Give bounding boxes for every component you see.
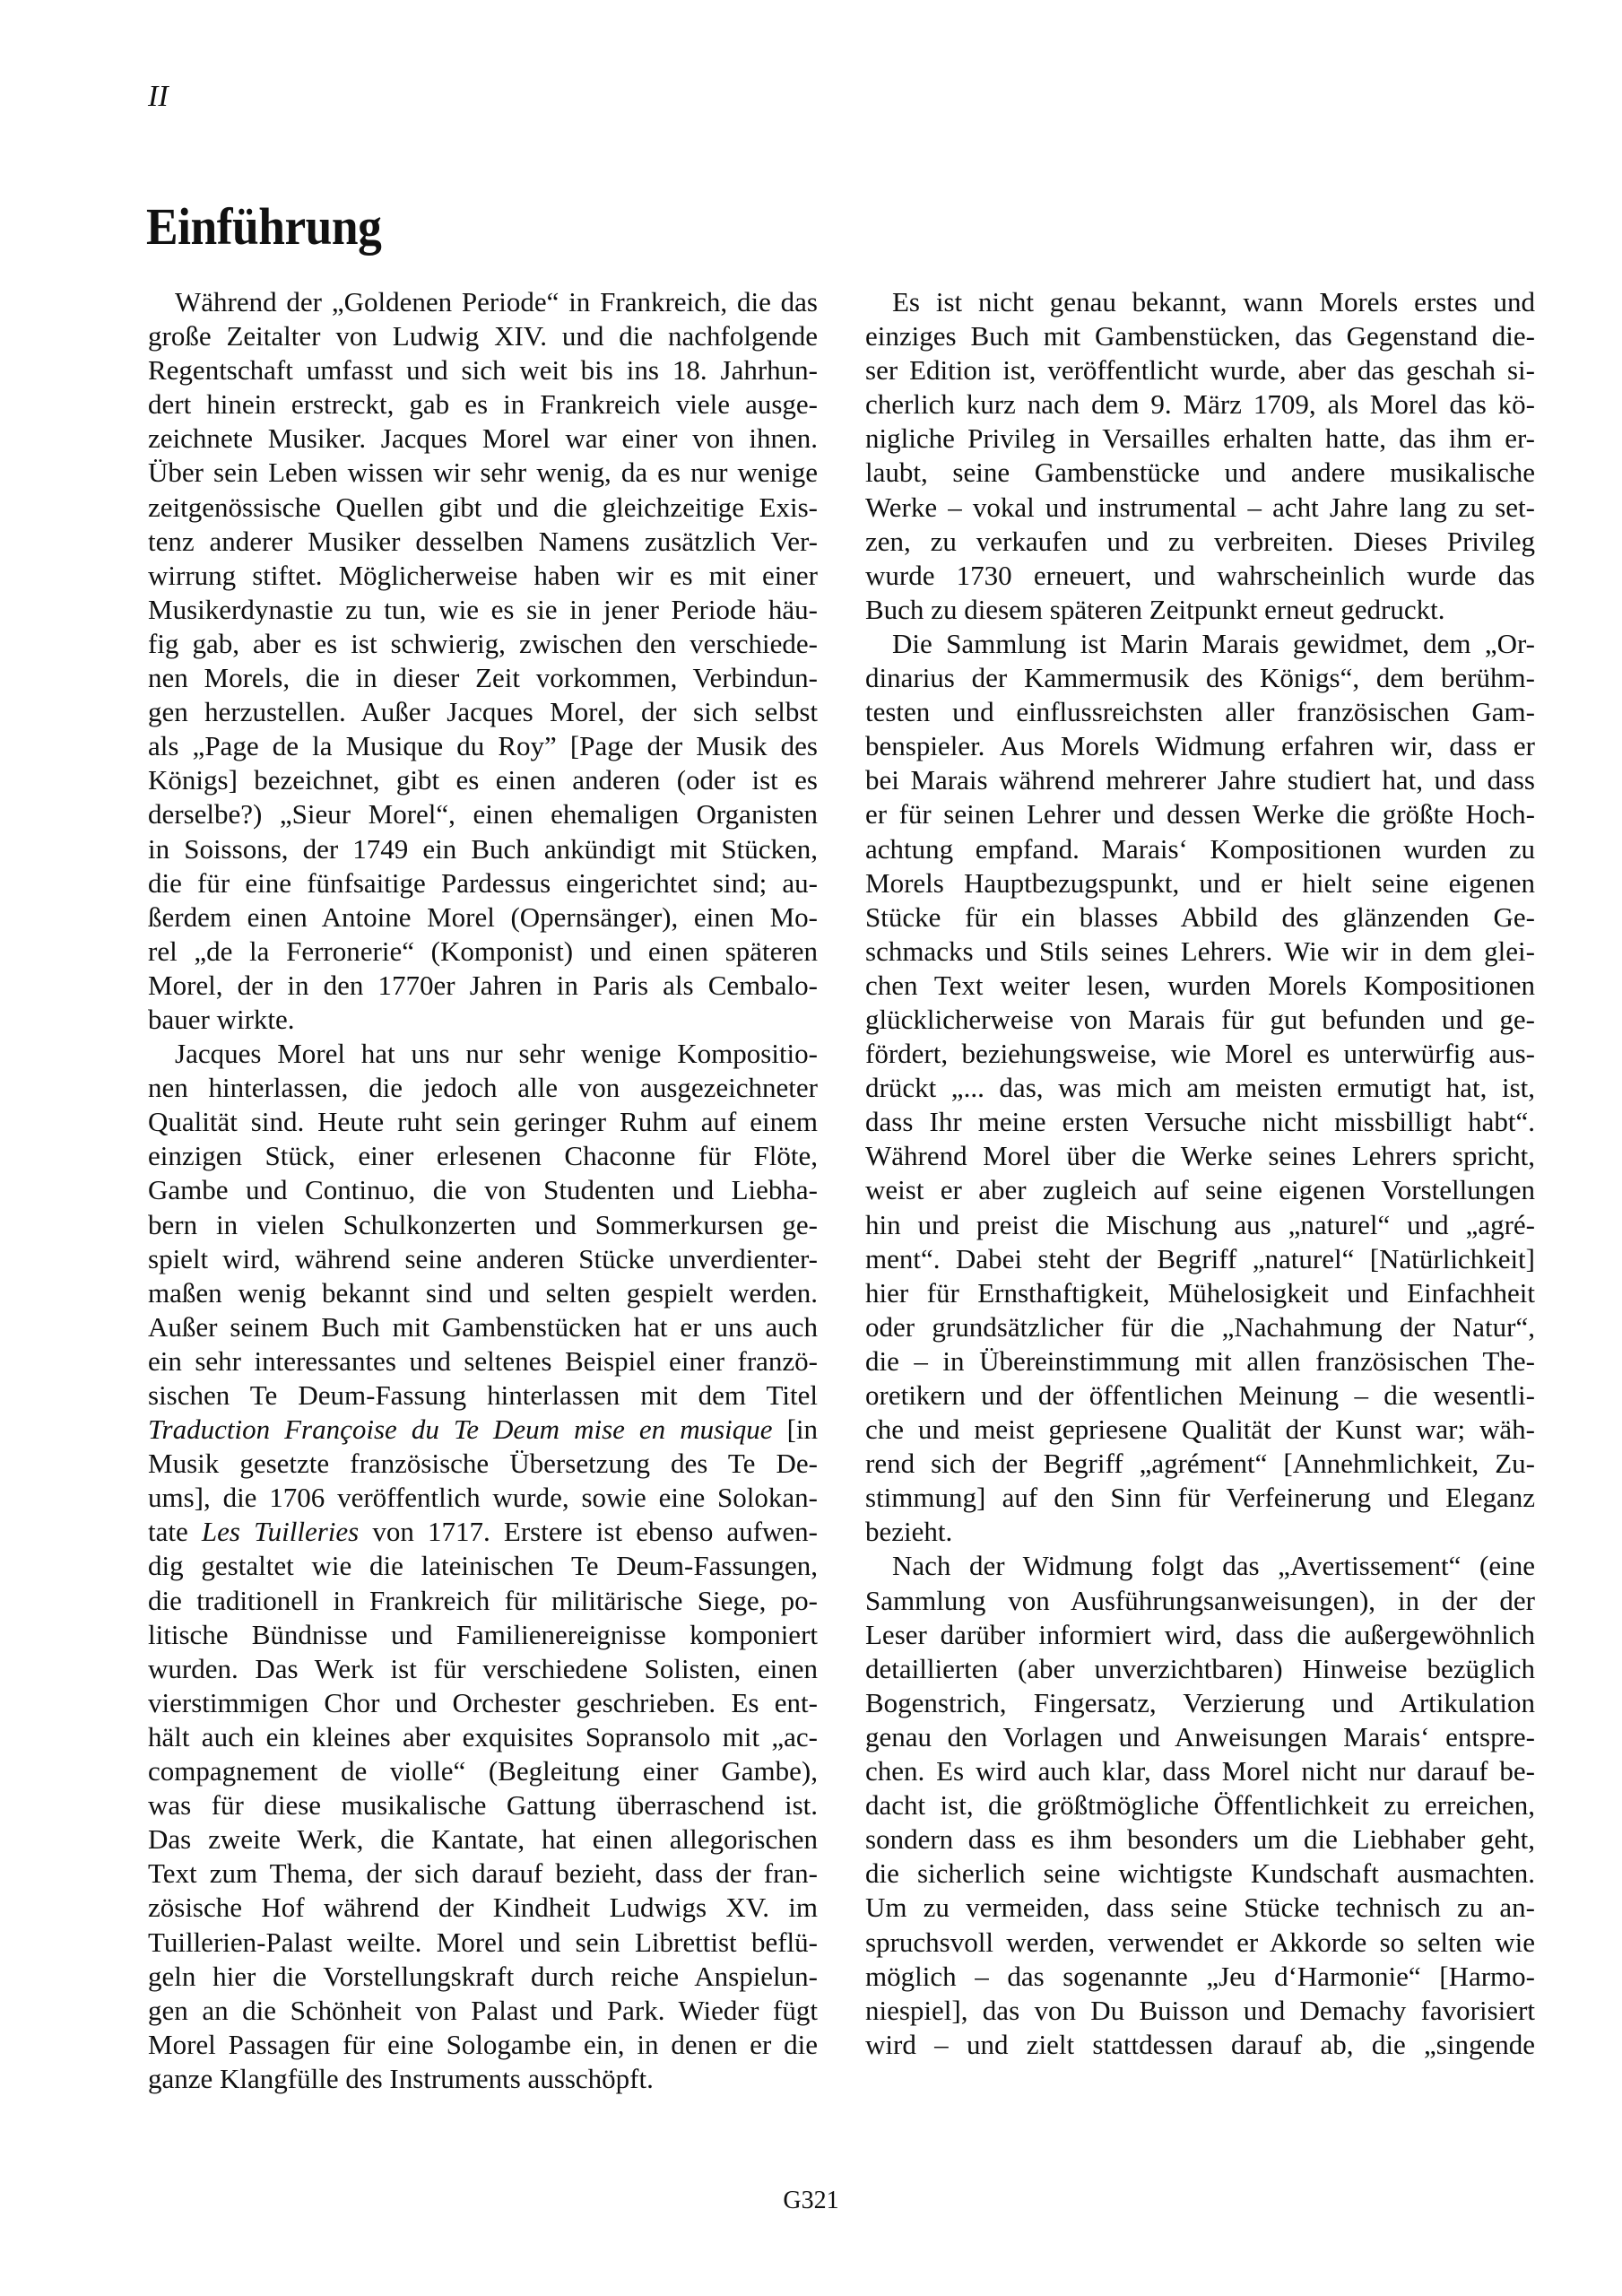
text-line: Königs] bezeichnet, gibt es einen andere… (148, 763, 818, 797)
text-line: fig gab, aber es ist schwierig, zwischen… (148, 627, 818, 661)
text-line: zeichnete Musiker. Jacques Morel war ein… (148, 422, 818, 456)
text-line: Die Sammlung ist Marin Marais gewidmet, … (865, 627, 1535, 661)
text-line: sischen Te Deum-Fassung hinterlassen mit… (148, 1378, 818, 1413)
text-line: ganze Klangfülle des Instruments ausschö… (148, 2062, 818, 2096)
text-line: nigliche Privileg in Versailles erhalten… (865, 422, 1535, 456)
text-line: möglich – das sogenannte „Jeu d‘Harmonie… (865, 1960, 1535, 1994)
text-line: wird – und zielt stattdessen darauf ab, … (865, 2028, 1535, 2062)
text-line: bern in vielen Schulkonzerten und Sommer… (148, 1208, 818, 1242)
italic-title: Traduction Françoise du Te Deum mise en … (148, 1413, 773, 1445)
text-line: ein sehr interessantes und seltenes Beis… (148, 1344, 818, 1378)
text-line: compagnement de violle“ (Begleitung eine… (148, 1754, 818, 1788)
text-line: sondern dass es ihm besonders um die Lie… (865, 1822, 1535, 1857)
text-line: hier für Ernsthaftigkeit, Mühelosigkeit … (865, 1276, 1535, 1310)
text-line: Buch zu diesem späteren Zeitpunkt erneut… (865, 593, 1535, 627)
text-line: wurden. Das Werk ist für verschiedene So… (148, 1652, 818, 1686)
text-line: geln hier die Vorstellungskraft durch re… (148, 1960, 818, 1994)
text-line: Das zweite Werk, die Kantate, hat einen … (148, 1822, 818, 1857)
text-line: die sicherlich seine wichtigste Kundscha… (865, 1857, 1535, 1891)
text-line: Morel Passagen für eine Sologambe ein, i… (148, 2028, 818, 2062)
page-title: Einführung (146, 196, 381, 258)
text-line: gen an die Schönheit von Palast und Park… (148, 1994, 818, 2028)
text-line: spruchsvoll werden, verwendet er Akkorde… (865, 1926, 1535, 1960)
text-line: Gambe und Continuo, die von Studenten un… (148, 1173, 818, 1207)
text-line: dass Ihr meine ersten Versuche nicht mis… (865, 1105, 1535, 1139)
text-line: er für seinen Lehrer und dessen Werke di… (865, 797, 1535, 831)
text-line: die traditionell in Frankreich für milit… (148, 1584, 818, 1618)
text-line: hin und preist die Mischung aus „naturel… (865, 1208, 1535, 1242)
text-line: chen Text weiter lesen, wurden Morels Ko… (865, 969, 1535, 1003)
text-line: oder grundsätzlicher für die „Nachahmung… (865, 1310, 1535, 1344)
text-line: bezieht. (865, 1515, 1535, 1549)
text-line: achtung empfand. Marais‘ Kompositionen w… (865, 832, 1535, 866)
text-line: spielt wird, während seine anderen Stück… (148, 1242, 818, 1276)
text-line: tate Les Tuilleries von 1717. Erstere is… (148, 1515, 818, 1549)
text-line: Tuillerien-Palast weilte. Morel und sein… (148, 1926, 818, 1960)
text-line: die für eine fünfsaitige Pardessus einge… (148, 866, 818, 900)
text-line: Während Morel über die Werke seines Lehr… (865, 1139, 1535, 1173)
text-line: testen und einflussreichsten aller franz… (865, 695, 1535, 729)
text-line: laubt, seine Gambenstücke und andere mus… (865, 456, 1535, 490)
text-line: glücklicherweise von Marais für gut befu… (865, 1003, 1535, 1037)
text-line: maßen wenig bekannt sind und selten gesp… (148, 1276, 818, 1310)
text-line: ment“. Dabei steht der Begriff „naturel“… (865, 1242, 1535, 1276)
text-line: Um zu vermeiden, dass seine Stücke techn… (865, 1891, 1535, 1925)
text-line: Sammlung von Ausführungsanweisungen), in… (865, 1584, 1535, 1618)
text-line: nen Morels, die in dieser Zeit vorkommen… (148, 661, 818, 695)
text-line: bauer wirkte. (148, 1003, 818, 1037)
text-line: ums], die 1706 veröffentlich wurde, sowi… (148, 1481, 818, 1515)
text-line: wirrung stiftet. Möglicherweise haben wi… (148, 559, 818, 593)
text-line: zen, zu verkaufen und zu verbreiten. Die… (865, 525, 1535, 559)
text-line: in Soissons, der 1749 ein Buch ankündigt… (148, 832, 818, 866)
text-line: Morel, der in den 1770er Jahren in Paris… (148, 969, 818, 1003)
text-line: dinarius der Kammermusik des Königs“, de… (865, 661, 1535, 695)
text-line: fördert, beziehungsweise, wie Morel es u… (865, 1037, 1535, 1071)
text-line: genau den Vorlagen und Anweisungen Marai… (865, 1720, 1535, 1754)
text-line: einzigen Stück, einer erlesenen Chaconne… (148, 1139, 818, 1173)
text-line: bei Marais während mehrerer Jahre studie… (865, 763, 1535, 797)
text-line: hält auch ein kleines aber exquisites So… (148, 1720, 818, 1754)
text-line: litische Bündnisse und Familienereigniss… (148, 1618, 818, 1652)
text-line: Qualität sind. Heute ruht sein geringer … (148, 1105, 818, 1139)
text-line: cherlich kurz nach dem 9. März 1709, als… (865, 387, 1535, 422)
text-line: drückt „... das, was mich am meisten erm… (865, 1071, 1535, 1105)
text-line: Musikerdynastie zu tun, wie es sie in je… (148, 593, 818, 627)
text-line: Jacques Morel hat uns nur sehr wenige Ko… (148, 1037, 818, 1071)
running-head-roman-numeral: II (148, 79, 169, 115)
text-line: Werke – vokal und instrumental – acht Ja… (865, 491, 1535, 525)
text-line: Während der „Goldenen Periode“ in Frankr… (148, 285, 818, 319)
text-line: ßerdem einen Antoine Morel (Opernsänger)… (148, 900, 818, 935)
text-line: Über sein Leben wissen wir sehr wenig, d… (148, 456, 818, 490)
text-line: vierstimmigen Chor und Orchester geschri… (148, 1686, 818, 1720)
text-line: Es ist nicht genau bekannt, wann Morels … (865, 285, 1535, 319)
text-line: chen. Es wird auch klar, dass Morel nich… (865, 1754, 1535, 1788)
text-line: dacht ist, die größtmögliche Öffentlichk… (865, 1788, 1535, 1822)
text-line: benspieler. Aus Morels Widmung erfahren … (865, 729, 1535, 763)
text-line: rend sich der Begriff „agrément“ [Annehm… (865, 1447, 1535, 1481)
text-line: Stücke für ein blasses Abbild des glänze… (865, 900, 1535, 935)
text-line: niespiel], das von Du Buisson und Demach… (865, 1994, 1535, 2028)
text-line: einziges Buch mit Gambenstücken, das Geg… (865, 319, 1535, 353)
text-line: Traduction Françoise du Te Deum mise en … (148, 1413, 818, 1447)
text-line: oretikern und der öffentlichen Meinung –… (865, 1378, 1535, 1413)
text-line: detaillierten (aber unverzichtbaren) Hin… (865, 1652, 1535, 1686)
text-line: dig gestaltet wie die lateinischen Te De… (148, 1549, 818, 1583)
text-line: was für diese musikalische Gattung überr… (148, 1788, 818, 1822)
text-line: schmacks und Stils seines Lehrers. Wie w… (865, 935, 1535, 969)
text-line: stimmung] auf den Sinn für Verfeinerung … (865, 1481, 1535, 1515)
text-line: rel „de la Ferronerie“ (Komponist) und e… (148, 935, 818, 969)
text-line: wurde 1730 erneuert, und wahrscheinlich … (865, 559, 1535, 593)
text-line: gen herzustellen. Außer Jacques Morel, d… (148, 695, 818, 729)
text-line: Nach der Widmung folgt das „Avertissemen… (865, 1549, 1535, 1583)
text-line: Regentschaft umfasst und sich weit bis i… (148, 353, 818, 387)
italic-title: Les Tuilleries (202, 1516, 359, 1547)
text-line: Musik gesetzte französische Übersetzung … (148, 1447, 818, 1481)
text-line: als „Page de la Musique du Roy” [Page de… (148, 729, 818, 763)
left-text-column: Während der „Goldenen Periode“ in Frankr… (148, 285, 818, 2096)
right-text-column: Es ist nicht genau bekannt, wann Morels … (865, 285, 1535, 2062)
text-line: zeitgenössische Quellen gibt und die gle… (148, 491, 818, 525)
text-line: die – in Übereinstimmung mit allen franz… (865, 1344, 1535, 1378)
text-line: Morels Hauptbezugspunkt, und er hielt se… (865, 866, 1535, 900)
text-line: zösische Hof während der Kindheit Ludwig… (148, 1891, 818, 1925)
text-line: derselbe?) „Sieur Morel“, einen ehemalig… (148, 797, 818, 831)
page-number: G321 (0, 2186, 1622, 2216)
text-line: Text zum Thema, der sich darauf bezieht,… (148, 1857, 818, 1891)
text-line: dert hinein erstreckt, gab es in Frankre… (148, 387, 818, 422)
text-line: Leser darüber informiert wird, dass die … (865, 1618, 1535, 1652)
text-line: große Zeitalter von Ludwig XIV. und die … (148, 319, 818, 353)
text-line: weist er aber zugleich auf seine eigenen… (865, 1173, 1535, 1207)
text-line: Bogenstrich, Fingersatz, Verzierung und … (865, 1686, 1535, 1720)
text-line: tenz anderer Musiker desselben Namens zu… (148, 525, 818, 559)
text-line: Außer seinem Buch mit Gambenstücken hat … (148, 1310, 818, 1344)
text-line: nen hinterlassen, die jedoch alle von au… (148, 1071, 818, 1105)
text-line: ser Edition ist, veröffentlicht wurde, a… (865, 353, 1535, 387)
text-line: che und meist gepriesene Qualität der Ku… (865, 1413, 1535, 1447)
